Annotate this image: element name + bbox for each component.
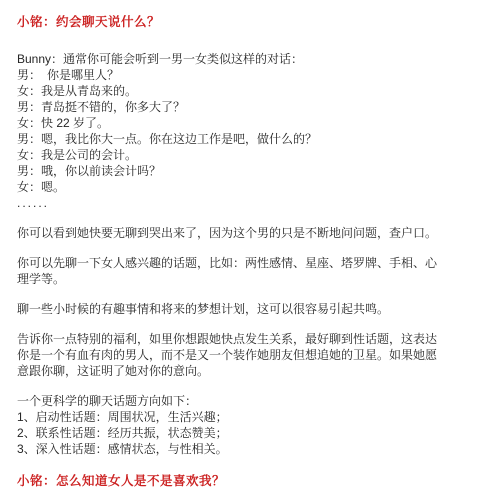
list-intro-line: 一个更科学的聊天话题方向如下： (17, 393, 464, 409)
dialogue-line: 女：我是公司的会计。 (17, 147, 464, 163)
dialogue-line: 男： 你是哪里人？ (17, 67, 464, 83)
ellipsis-line: ...... (17, 195, 464, 211)
dialogue-line: 男：青岛挺不错的，你多大了？ (17, 99, 464, 115)
dialogue-line: 男：哦，你以前读会计吗？ (17, 163, 464, 179)
dialogue-line: 女：我是从青岛来的。 (17, 83, 464, 99)
list-item: 2、联系性话题：经历共振，状态赞美； (17, 425, 464, 441)
section-heading-dating-chat: 小铭：约会聊天说什么？ (17, 13, 464, 31)
dialogue-line: 女：嗯。 (17, 179, 464, 195)
list-item: 3、深入性话题：感情状态，与性相关。 (17, 441, 464, 457)
paragraph-childhood-dreams: 聊一些小时候的有趣事情和将来的梦想计划，这可以很容易引起共鸣。 (17, 301, 441, 317)
section-heading-does-she-like-me: 小铭：怎么知道女人是不是喜欢我？ (17, 472, 464, 490)
dialogue-line: 男：嗯，我比你大一点。你在这边工作是吧，做什么的？ (17, 131, 464, 147)
paragraph-boring-interview: 你可以看到她快要无聊到哭出来了，因为这个男的只是不断地问问题，查户口。 (17, 225, 441, 241)
paragraph-topics-of-interest: 你可以先聊一下女人感兴趣的话题，比如：两性感情、星座、塔罗牌、手相、心理学等。 (17, 255, 441, 287)
document-page: 小铭：约会聊天说什么？ Bunny：通常你可能会听到一男一女类似这样的对话： 男… (0, 0, 500, 500)
list-item: 1、启动性话题：周围状况，生活兴趣； (17, 409, 464, 425)
dialogue-line: 女：快 22 岁了。 (17, 115, 464, 131)
paragraph-special-tip: 告诉你一点特别的福利，如里你想跟她快点发生关系，最好聊到性话题，这表达你是一个有… (17, 331, 441, 379)
topic-direction-list: 一个更科学的聊天话题方向如下： 1、启动性话题：周围状况，生活兴趣； 2、联系性… (17, 393, 464, 457)
intro-line: Bunny：通常你可能会听到一男一女类似这样的对话： (17, 51, 464, 67)
